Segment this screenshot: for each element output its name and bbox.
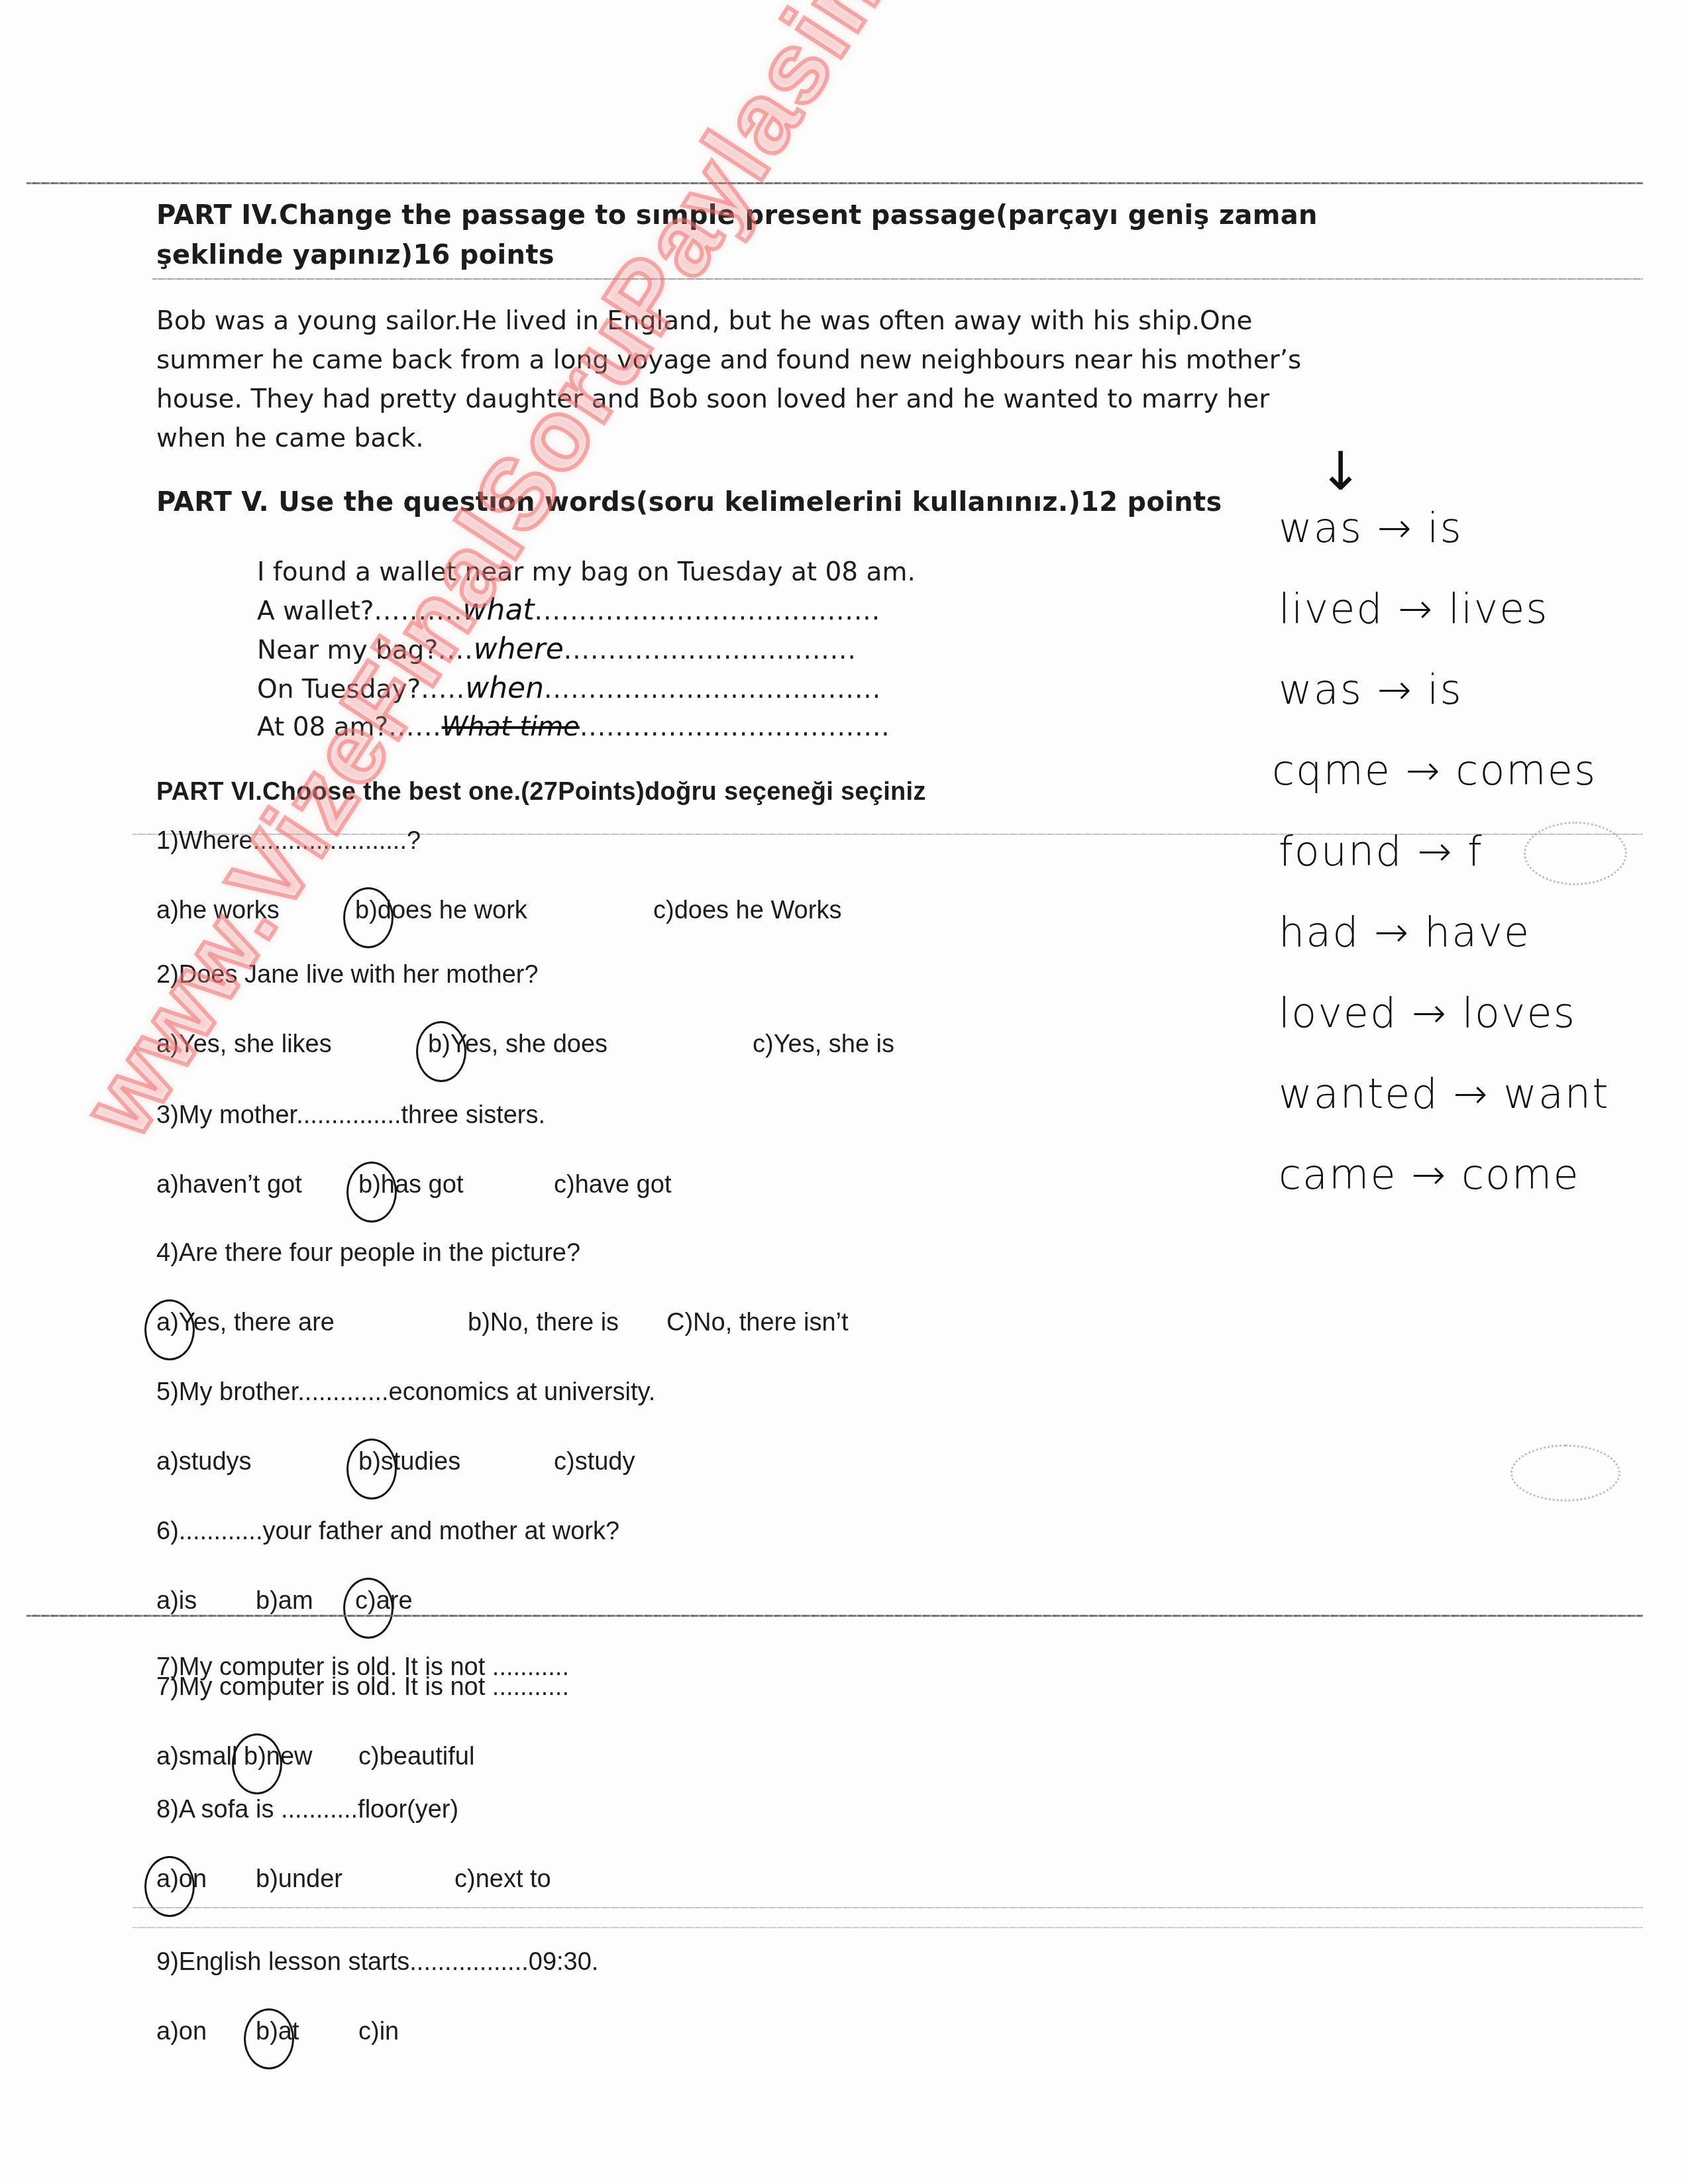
answer-option[interactable]: c)are: [355, 1587, 413, 1615]
answer-option[interactable]: b)studies: [358, 1448, 460, 1476]
part4-heading-line2: şeklinde yapınız)16 points: [156, 235, 1318, 275]
handwritten-answer: came → come: [1279, 1150, 1580, 1199]
answer-option[interactable]: b)Yes, she does: [428, 1030, 607, 1059]
part5-item: Near my bag?....where...................…: [257, 630, 916, 669]
stain: [1524, 822, 1627, 885]
answer-option[interactable]: c)does he Works: [653, 897, 841, 925]
question-text: 2)Does Jane live with her mother?: [156, 961, 539, 989]
passage-line: Bob was a young sailor.He lived in Engla…: [156, 301, 1455, 341]
part5-prompt: Near my bag?: [257, 635, 438, 665]
part6-heading: PART VI.Choose the best one.(27Points)do…: [156, 772, 926, 812]
part5-prompt: A wallet?: [257, 596, 374, 626]
exam-page: PART IV.Change the passage to sımple pre…: [0, 0, 1688, 2184]
scan-divider: [132, 1907, 1643, 1908]
part5-item: At 08 am?......What time................…: [257, 708, 916, 746]
question-text: 8)A sofa is ...........floor(yer): [156, 1796, 458, 1824]
answer-option[interactable]: c)Yes, she is: [753, 1030, 894, 1059]
handwritten-answer: was → is: [1279, 665, 1463, 714]
answer-option[interactable]: c)study: [554, 1448, 635, 1476]
answer-option[interactable]: c)have got: [554, 1171, 671, 1199]
handwritten-answer: cqme → comes: [1272, 746, 1597, 794]
scan-divider: [26, 1615, 1643, 1617]
answer-option[interactable]: c)in: [358, 2018, 399, 2046]
answer-option[interactable]: a)he works: [156, 897, 280, 925]
answer-option[interactable]: C)No, there isn’t: [666, 1309, 849, 1337]
part5-handwritten-answer[interactable]: where: [474, 632, 564, 666]
handwritten-down-arrow-icon: ↓: [1318, 441, 1363, 502]
answer-option[interactable]: a)Yes, she likes: [156, 1030, 332, 1059]
handwritten-answer: wanted → want: [1279, 1069, 1609, 1118]
part5-prompt: At 08 am?: [257, 712, 388, 742]
part5-heading: PART V. Use the questıon words(soru keli…: [156, 482, 1222, 522]
part4-heading-line1: PART IV.Change the passage to sımple pre…: [156, 195, 1318, 235]
part5-prompt: On Tuesday?: [257, 675, 421, 704]
handwritten-answer: lived → lives: [1279, 584, 1549, 633]
answer-option[interactable]: b)has got: [358, 1171, 463, 1199]
answer-option[interactable]: b)under: [256, 1865, 343, 1894]
answer-option[interactable]: b)does he work: [355, 897, 527, 925]
question-text: 9)English lesson starts.................…: [156, 1948, 598, 1977]
answer-option[interactable]: b)No, there is: [468, 1309, 619, 1337]
answer-option[interactable]: a)Yes, there are: [156, 1309, 335, 1337]
answer-option[interactable]: a)haven’t got: [156, 1171, 302, 1199]
top-divider: [26, 182, 1643, 184]
part5-handwritten-answer[interactable]: What time: [442, 712, 580, 742]
answer-option[interactable]: a)studys: [156, 1448, 252, 1476]
scan-divider: [132, 1927, 1643, 1928]
part5-handwritten-answer[interactable]: what: [463, 593, 535, 627]
passage-line: summer he came back from a long voyage a…: [156, 341, 1455, 380]
question-text: 6)............your father and mother at …: [156, 1517, 619, 1546]
question-text: 5)My brother.............economics at un…: [156, 1378, 655, 1407]
part4-passage: Bob was a young sailor.He lived in Engla…: [156, 301, 1455, 458]
answer-option[interactable]: a)small: [156, 1743, 237, 1771]
question-text: 3)My mother...............three sisters.: [156, 1101, 545, 1130]
stain: [1510, 1445, 1620, 1501]
passage-line: when he came back.: [156, 419, 1455, 458]
answer-option[interactable]: a)is: [156, 1587, 197, 1615]
handwritten-answer: was → is: [1279, 504, 1463, 552]
answer-option[interactable]: b)at: [256, 2018, 299, 2046]
question-text: 4)Are there four people in the picture?: [156, 1239, 580, 1268]
answer-option[interactable]: c)beautiful: [358, 1743, 474, 1771]
part4-heading-divider: [152, 278, 1643, 280]
handwritten-answer: had → have: [1279, 908, 1530, 956]
part5-item: A wallet?..........what.................…: [257, 591, 916, 630]
part5-item: On Tuesday?.....when....................…: [257, 669, 916, 708]
answer-option[interactable]: a)on: [156, 2018, 207, 2046]
part5-block: I found a wallet near my bag on Tuesday …: [257, 553, 916, 746]
answer-option[interactable]: a)on: [156, 1865, 207, 1894]
part5-handwritten-answer[interactable]: when: [465, 671, 544, 705]
part5-sentence: I found a wallet near my bag on Tuesday …: [257, 553, 916, 591]
handwritten-answer: loved → loves: [1279, 989, 1576, 1037]
part4-heading: PART IV.Change the passage to sımple pre…: [156, 195, 1318, 275]
question-text-duplicate: 7)My computer is old. It is not ........…: [156, 1673, 569, 1702]
answer-option[interactable]: b)new: [244, 1743, 313, 1771]
question-text: 1)Where......................?: [156, 827, 421, 855]
passage-line: house. They had pretty daughter and Bob …: [156, 380, 1455, 419]
answer-option[interactable]: b)am: [256, 1587, 313, 1615]
answer-option[interactable]: c)next to: [454, 1865, 551, 1894]
